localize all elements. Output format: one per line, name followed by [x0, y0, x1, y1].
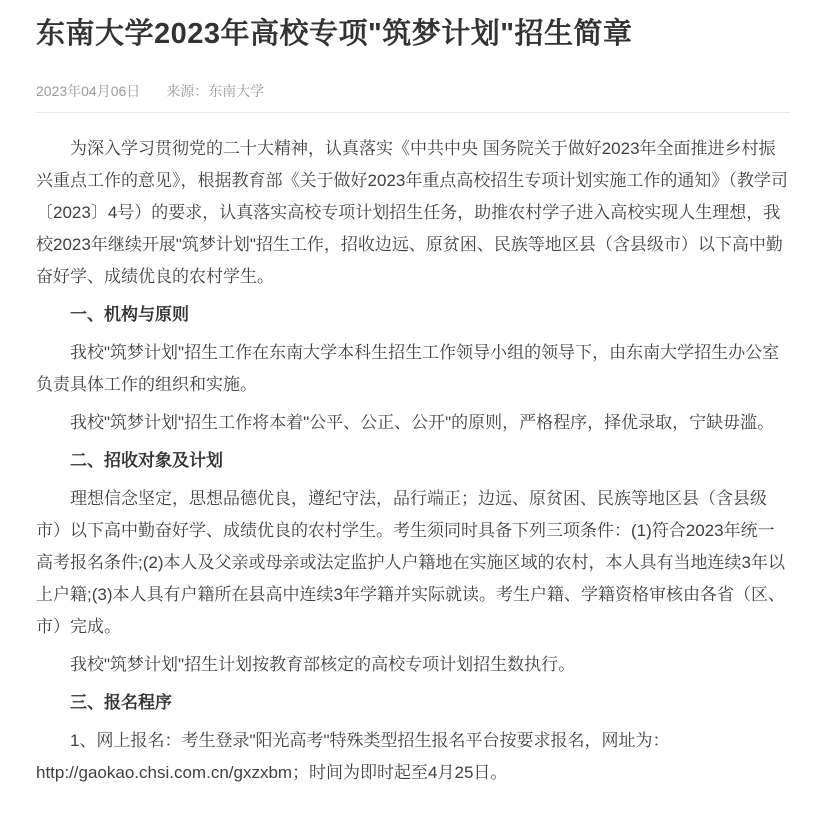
paragraph: 为深入学习贯彻党的二十大精神，认真落实《中共中央 国务院关于做好2023年全面推… — [36, 133, 790, 293]
paragraph: 1、网上报名：考生登录"阳光高考"特殊类型招生报名平台按要求报名，网址为：htt… — [36, 725, 790, 789]
header-divider — [36, 112, 790, 113]
section-heading: 二、招收对象及计划 — [36, 445, 790, 477]
article-source: 来源：东南大学 — [166, 83, 264, 99]
paragraph: 我校"筑梦计划"招生工作在东南大学本科生招生工作领导小组的领导下，由东南大学招生… — [36, 337, 790, 401]
paragraph: 我校"筑梦计划"招生计划按教育部核定的高校专项计划招生数执行。 — [36, 649, 790, 681]
section-heading: 三、报名程序 — [36, 687, 790, 719]
publish-date: 2023年04月06日 — [36, 83, 140, 99]
article-meta: 2023年04月06日来源：东南大学 — [36, 82, 790, 100]
article-body: 为深入学习贯彻党的二十大精神，认真落实《中共中央 国务院关于做好2023年全面推… — [36, 133, 790, 789]
page-title: 东南大学2023年高校专项"筑梦计划"招生简章 — [36, 14, 790, 54]
paragraph: 我校"筑梦计划"招生工作将本着"公平、公正、公开"的原则，严格程序，择优录取，宁… — [36, 407, 790, 439]
section-heading: 一、机构与原则 — [36, 299, 790, 331]
paragraph: 理想信念坚定，思想品德优良，遵纪守法，品行端正；边远、原贫困、民族等地区县（含县… — [36, 483, 790, 643]
article-page: 东南大学2023年高校专项"筑梦计划"招生简章 2023年04月06日来源：东南… — [0, 0, 816, 815]
